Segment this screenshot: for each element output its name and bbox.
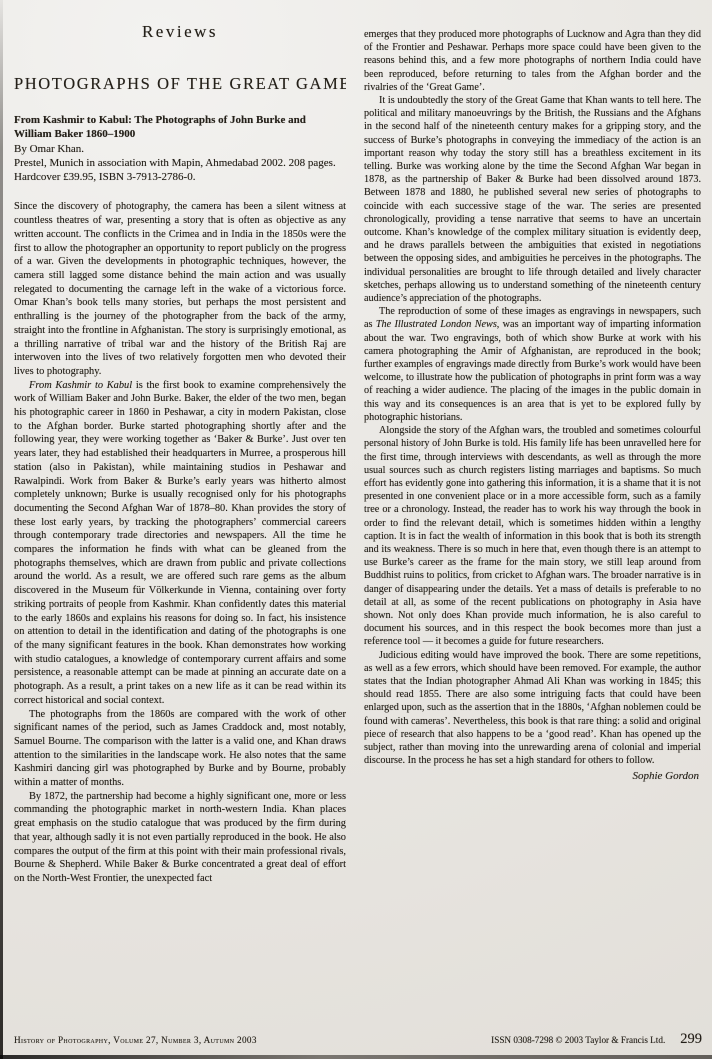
page-number: 299 xyxy=(680,1031,702,1048)
paragraph: Judicious editing would have improved th… xyxy=(364,649,701,768)
scan-edge-bottom xyxy=(0,1055,712,1059)
paragraph: By 1872, the partnership had become a hi… xyxy=(14,790,346,886)
paragraph: Since the discovery of photography, the … xyxy=(14,200,346,378)
right-column-body-text: emerges that they produced more photogra… xyxy=(364,28,701,767)
book-title: From Kashmir to Kabul: The Photographs o… xyxy=(14,113,346,142)
paragraph: emerges that they produced more photogra… xyxy=(364,28,701,94)
paragraph: From Kashmir to Kabul is the first book … xyxy=(14,379,346,708)
journal-footer-line: History of Photography, Volume 27, Numbe… xyxy=(14,1035,257,1045)
book-author-line: By Omar Khan. xyxy=(14,142,346,156)
right-column: emerges that they produced more photogra… xyxy=(364,0,701,1030)
paragraph: The photographs from the 1860s are compa… xyxy=(14,708,346,790)
paragraph: It is undoubtedly the story of the Great… xyxy=(364,94,701,305)
book-publisher-line: Prestel, Munich in association with Mapi… xyxy=(14,156,346,185)
page-footer: History of Photography, Volume 27, Numbe… xyxy=(14,1031,702,1048)
left-column-body-text: Since the discovery of photography, the … xyxy=(14,200,346,885)
article-title: PHOTOGRAPHS OF THE GREAT GAME xyxy=(14,74,346,94)
paragraph: Alongside the story of the Afghan wars, … xyxy=(364,424,701,648)
reviewer-signature: Sophie Gordon xyxy=(364,770,699,782)
paragraph: The reproduction of some of these images… xyxy=(364,305,701,424)
issn-copyright-line: ISSN 0308-7298 © 2003 Taylor & Francis L… xyxy=(491,1035,665,1045)
section-heading: Reviews xyxy=(14,22,346,42)
italic-run: From Kashmir to Kabul xyxy=(29,380,132,391)
italic-run: The Illustrated London News xyxy=(376,319,497,330)
book-citation: From Kashmir to Kabul: The Photographs o… xyxy=(14,113,346,184)
scan-edge-left xyxy=(0,0,3,1059)
left-column: Reviews PHOTOGRAPHS OF THE GREAT GAME Fr… xyxy=(14,0,346,1030)
scanned-journal-page: Reviews PHOTOGRAPHS OF THE GREAT GAME Fr… xyxy=(0,0,712,1059)
